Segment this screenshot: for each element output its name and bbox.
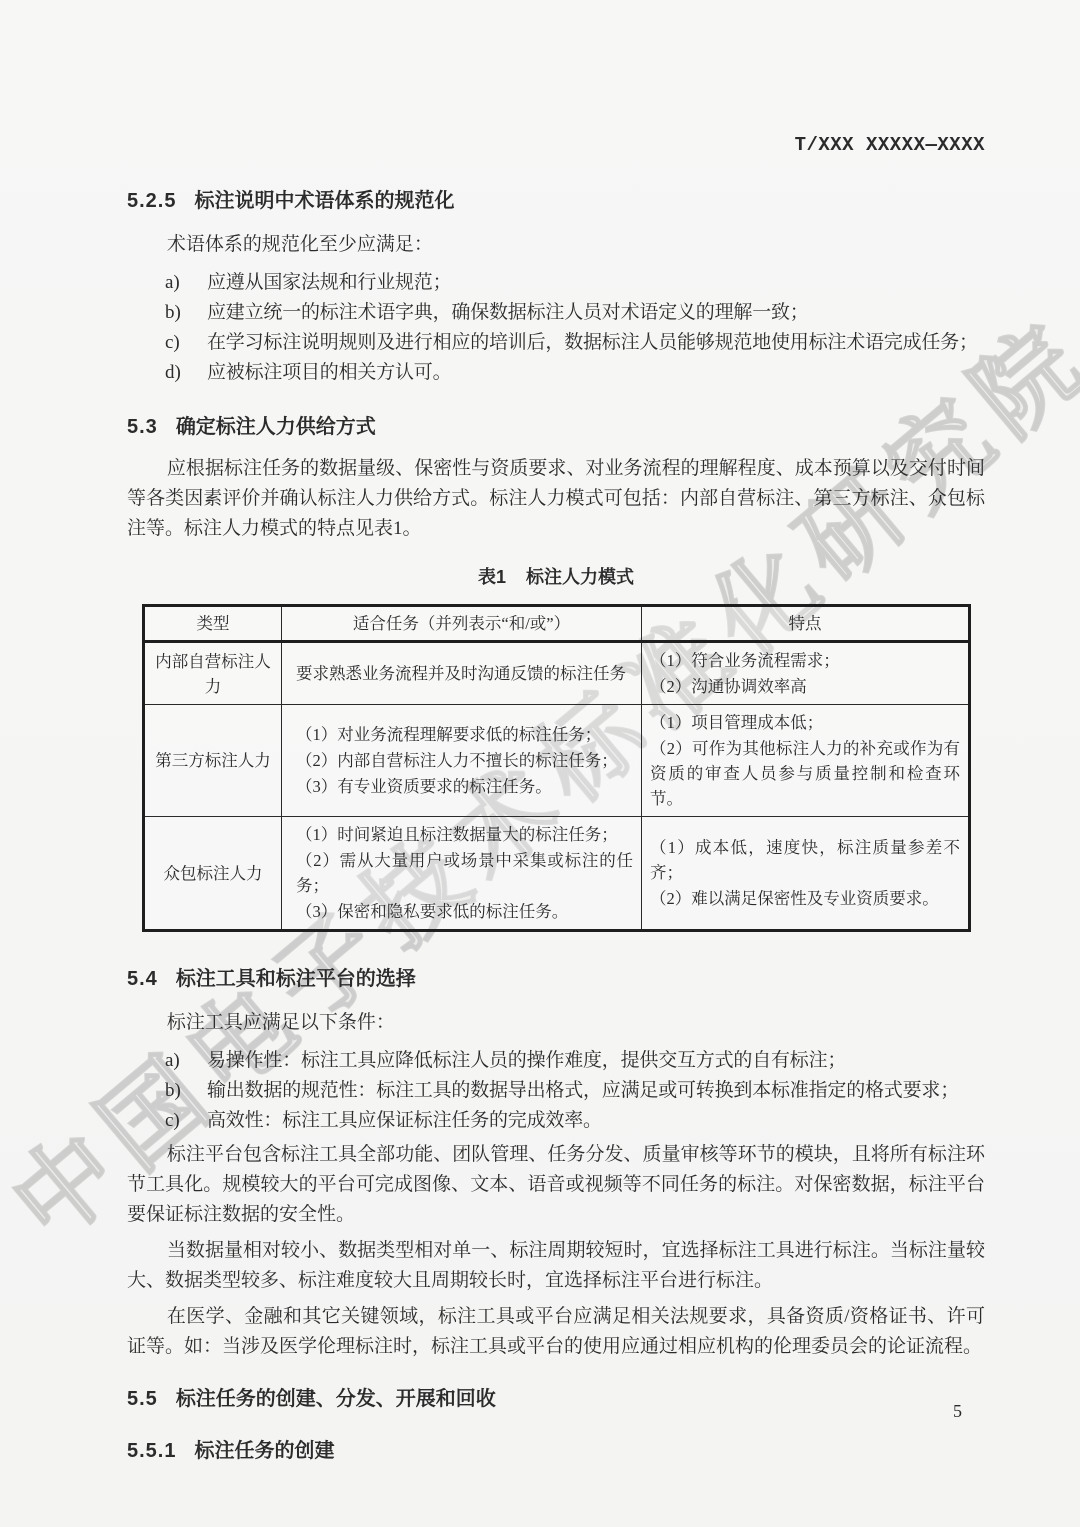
column-header-features: 特点	[642, 606, 970, 642]
list-item: d) 应被标注项目的相关方认可。	[127, 358, 985, 388]
table-caption-title: 标注人力模式	[526, 567, 634, 587]
section-heading-5-5-1: 5.5.1标注任务的创建	[127, 1438, 985, 1464]
row-tasks-cell: 要求熟悉业务流程并及时沟通反馈的标注任务	[282, 642, 642, 705]
row-type-cell: 第三方标注人力	[144, 705, 282, 817]
row-type-cell: 内部自营标注人力	[144, 642, 282, 705]
feature-item: （2）可作为其他标注人力的补充或作为有资质的审查人员参与质量控制和检查环节。	[650, 736, 960, 811]
row-type-cell: 众包标注人力	[144, 817, 282, 931]
list-item-text: 应遵从国家法规和行业规范；	[207, 268, 985, 298]
feature-item: （1）项目管理成本低；	[650, 710, 960, 735]
list-item-label: b)	[165, 298, 207, 328]
task-item: （2）需从大量用户或场景中采集或标注的任务；	[296, 848, 633, 898]
annotation-manpower-table: 类型 适合任务（并列表示“和/或”） 特点 内部自营标注人力 要求熟悉业务流程并…	[142, 604, 971, 932]
table-row: 第三方标注人力 （1）对业务流程理解要求低的标注任务； （2）内部自营标注人力不…	[144, 705, 970, 817]
list-item-label: a)	[165, 268, 207, 298]
list-item: a) 应遵从国家法规和行业规范；	[127, 268, 985, 298]
row-tasks-cell: （1）对业务流程理解要求低的标注任务； （2）内部自营标注人力不擅长的标注任务；…	[282, 705, 642, 817]
table-header-row: 类型 适合任务（并列表示“和/或”） 特点	[144, 606, 970, 642]
list-item-label: a)	[165, 1046, 207, 1076]
list-item: b) 输出数据的规范性：标注工具的数据导出格式，应满足或可转换到本标准指定的格式…	[127, 1076, 985, 1106]
row-features-cell: （1）成本低，速度快，标注质量参差不齐； （2）难以满足保密性及专业资质要求。	[642, 817, 970, 931]
section-number: 5.5	[127, 1388, 158, 1410]
section-number: 5.5.1	[127, 1440, 176, 1462]
section-number: 5.4	[127, 968, 158, 990]
task-item: 要求熟悉业务流程并及时沟通反馈的标注任务	[296, 661, 633, 686]
task-item: （3）有专业资质要求的标注任务。	[296, 774, 633, 799]
section-5-4-list: a) 易操作性：标注工具应降低标注人员的操作难度，提供交互方式的自有标注； b)…	[127, 1046, 985, 1136]
list-item-text: 输出数据的规范性：标注工具的数据导出格式，应满足或可转换到本标准指定的格式要求；	[207, 1076, 985, 1106]
table-caption-label: 表1	[478, 567, 506, 587]
feature-item: （1）符合业务流程需求；	[650, 648, 960, 673]
column-header-tasks: 适合任务（并列表示“和/或”）	[282, 606, 642, 642]
task-item: （1）时间紧迫且标注数据量大的标注任务；	[296, 822, 633, 847]
page-number: 5	[953, 1396, 962, 1426]
feature-item: （2）沟通协调效率高	[650, 674, 960, 699]
table-caption: 表1标注人力模式	[127, 562, 985, 592]
page-content: 5.2.5标注说明中术语体系的规范化 术语体系的规范化至少应满足： a) 应遵从…	[127, 188, 985, 1464]
document-page: 中国电子技术标准化研究院 T/XXX XXXXX—XXXX 5.2.5标注说明中…	[0, 0, 1080, 1527]
section-heading-5-4: 5.4标注工具和标注平台的选择	[127, 966, 985, 992]
list-item: c) 高效性：标注工具应保证标注任务的完成效率。	[127, 1106, 985, 1136]
feature-item: （2）难以满足保密性及专业资质要求。	[650, 886, 960, 911]
section-5-2-5-list: a) 应遵从国家法规和行业规范； b) 应建立统一的标注术语字典，确保数据标注人…	[127, 268, 985, 388]
list-item-text: 高效性：标注工具应保证标注任务的完成效率。	[207, 1106, 985, 1136]
task-item: （1）对业务流程理解要求低的标注任务；	[296, 722, 633, 747]
section-5-4-paragraph: 标注平台包含标注工具全部功能、团队管理、任务分发、质量审核等环节的模块，且将所有…	[127, 1140, 985, 1230]
row-features-cell: （1）项目管理成本低； （2）可作为其他标注人力的补充或作为有资质的审查人员参与…	[642, 705, 970, 817]
section-title: 标注任务的创建、分发、开展和回收	[176, 1388, 496, 1410]
section-heading-5-2-5: 5.2.5标注说明中术语体系的规范化	[127, 188, 985, 214]
section-number: 5.3	[127, 416, 158, 438]
list-item: b) 应建立统一的标注术语字典，确保数据标注人员对术语定义的理解一致；	[127, 298, 985, 328]
row-tasks-cell: （1）时间紧迫且标注数据量大的标注任务； （2）需从大量用户或场景中采集或标注的…	[282, 817, 642, 931]
task-item: （3）保密和隐私要求低的标注任务。	[296, 899, 633, 924]
list-item-text: 应建立统一的标注术语字典，确保数据标注人员对术语定义的理解一致；	[207, 298, 985, 328]
list-item-text: 应被标注项目的相关方认可。	[207, 358, 985, 388]
list-item-label: b)	[165, 1076, 207, 1106]
list-item-label: c)	[165, 1106, 207, 1136]
table-row: 众包标注人力 （1）时间紧迫且标注数据量大的标注任务； （2）需从大量用户或场景…	[144, 817, 970, 931]
section-title: 确定标注人力供给方式	[176, 416, 376, 438]
list-item-text: 易操作性：标注工具应降低标注人员的操作难度，提供交互方式的自有标注；	[207, 1046, 985, 1076]
section-title: 标注任务的创建	[194, 1440, 334, 1462]
section-5-4-paragraph: 当数据量相对较小、数据类型相对单一、标注周期较短时，宜选择标注工具进行标注。当标…	[127, 1236, 985, 1296]
task-item: （2）内部自营标注人力不擅长的标注任务；	[296, 748, 633, 773]
feature-item: （1）成本低，速度快，标注质量参差不齐；	[650, 835, 960, 885]
column-header-type: 类型	[144, 606, 282, 642]
section-5-4-paragraph: 在医学、金融和其它关键领域，标注工具或平台应满足相关法规要求，具备资质/资格证书…	[127, 1302, 985, 1362]
section-title: 标注说明中术语体系的规范化	[194, 190, 454, 212]
list-item: c) 在学习标注说明规则及进行相应的培训后，数据标注人员能够规范地使用标注术语完…	[127, 328, 985, 358]
section-5-3-paragraph: 应根据标注任务的数据量级、保密性与资质要求、对业务流程的理解程度、成本预算以及交…	[127, 454, 985, 544]
list-item-label: c)	[165, 328, 207, 358]
list-item-label: d)	[165, 358, 207, 388]
section-heading-5-5: 5.5标注任务的创建、分发、开展和回收	[127, 1386, 985, 1412]
list-item: a) 易操作性：标注工具应降低标注人员的操作难度，提供交互方式的自有标注；	[127, 1046, 985, 1076]
list-item-text: 在学习标注说明规则及进行相应的培训后，数据标注人员能够规范地使用标注术语完成任务…	[207, 328, 985, 358]
standard-reference-number: T/XXX XXXXX—XXXX	[0, 0, 1080, 160]
row-features-cell: （1）符合业务流程需求； （2）沟通协调效率高	[642, 642, 970, 705]
section-heading-5-3: 5.3确定标注人力供给方式	[127, 414, 985, 440]
table-row: 内部自营标注人力 要求熟悉业务流程并及时沟通反馈的标注任务 （1）符合业务流程需…	[144, 642, 970, 705]
section-5-4-intro: 标注工具应满足以下条件：	[127, 1008, 985, 1038]
section-title: 标注工具和标注平台的选择	[176, 968, 416, 990]
section-number: 5.2.5	[127, 190, 176, 212]
section-5-2-5-intro: 术语体系的规范化至少应满足：	[127, 230, 985, 260]
